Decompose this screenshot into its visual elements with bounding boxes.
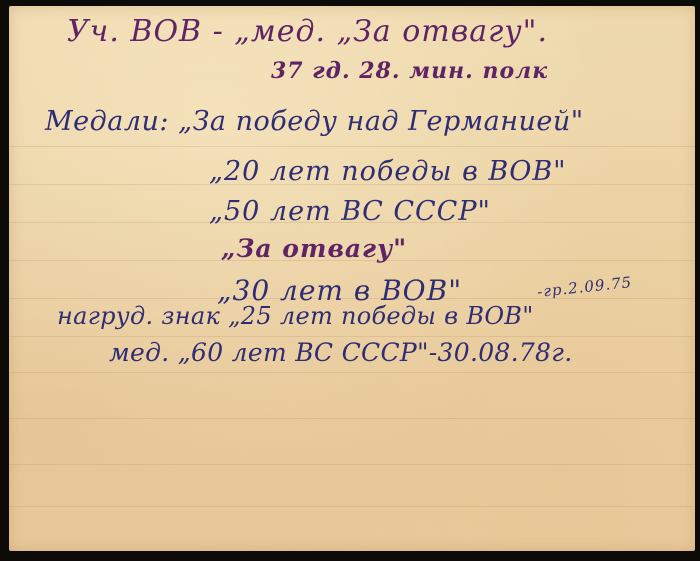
unit-line: 37 гд. 28. мин. полк [271, 58, 548, 84]
medals-line-20-years: „20 лет победы в ВОВ" [209, 156, 567, 187]
ruled-line [9, 506, 695, 507]
badge-line-25-years: нагруд. знак „25 лет победы в ВОВ" [57, 302, 534, 330]
ruled-line [9, 146, 695, 147]
medal-line-60-years: мед. „60 лет ВС СССР"-30.08.78г. [109, 338, 572, 367]
document-card: Уч. ВОВ - „мед. „За отвагу". 37 гд. 28. … [9, 6, 695, 551]
scan-frame: Уч. ВОВ - „мед. „За отвагу". 37 гд. 28. … [0, 0, 700, 561]
medals-line-victory-germany: Медали: „За победу над Германией" [45, 106, 584, 137]
ruled-line [9, 336, 695, 337]
ruled-line [9, 418, 695, 419]
medals-line-bravery: „За отвагу" [221, 234, 407, 263]
ruled-line [9, 464, 695, 465]
header-line-participant: Уч. ВОВ - „мед. „За отвагу". [67, 14, 548, 49]
medals-line-50-years: „50 лет ВС СССР" [209, 196, 491, 227]
ruled-line [9, 372, 695, 373]
medals-line-30-years-date: -гр.2.09.75 [536, 273, 633, 301]
